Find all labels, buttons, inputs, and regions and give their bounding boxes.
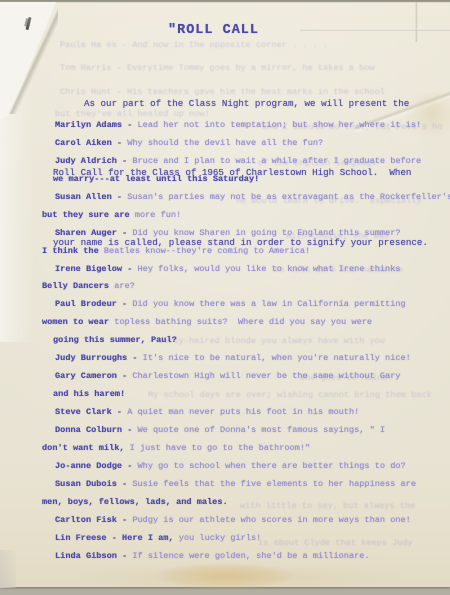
- line-head: Susan Allen -: [55, 192, 127, 202]
- line-head: Linda Gibson -: [55, 551, 132, 561]
- line-tail: Susie feels that the five elements to he…: [132, 479, 416, 489]
- line-tail: I just have to go to the bathroom!": [130, 443, 311, 453]
- line-tail: Susan's parties may not be as extravagan…: [127, 192, 450, 202]
- roll-call-line: Irene Bigelow - Hey folks, would you lik…: [42, 261, 450, 279]
- roll-call-line: Paul Brodeur - Did you know there was a …: [42, 296, 450, 314]
- intro-line: As our part of the Class Night program, …: [53, 92, 428, 115]
- scanned-document-photo: Paula Ha es - And now in the opposite co…: [0, 0, 450, 595]
- line-head: going this summer, Paul?: [53, 335, 177, 345]
- roll-call-line: Judy Aldrich - Bruce and I plan to wait …: [42, 153, 450, 171]
- line-tail: topless bathing suits? Where did you say…: [114, 317, 372, 327]
- line-tail: Charlestown High will never be the same …: [132, 371, 400, 381]
- line-tail: Why go to school when there are better t…: [138, 461, 406, 471]
- line-head: Marilyn Adams -: [55, 120, 138, 130]
- roll-call-line: Linda Gibson - If silence were golden, s…: [42, 548, 450, 566]
- line-head: I think the: [42, 246, 104, 256]
- roll-call-line: Jo-anne Dodge - Why go to school when th…: [42, 458, 450, 476]
- line-head: Belly Dancers: [42, 281, 114, 291]
- line-tail: A quiet man never puts his foot in his m…: [127, 407, 359, 417]
- fold-crease-line: [6, 2, 58, 114]
- line-tail: We quote one of Donna's most famous sayi…: [138, 425, 386, 435]
- roll-call-line: Carlton Fisk - Pudgy is our athlete who …: [42, 512, 450, 530]
- roll-call-line: Donna Colburn - We quote one of Donna's …: [42, 422, 450, 440]
- roll-call-line: Susan Allen - Susan's parties may not be…: [42, 189, 450, 207]
- line-tail: If silence were golden, she'd be a milli…: [132, 551, 369, 561]
- roll-call-line: Susan Dubois - Susie feels that the five…: [42, 476, 450, 494]
- line-head: Judy Burroughs -: [55, 353, 143, 363]
- roll-call-line: Judy Burroughs - It's nice to be natural…: [42, 350, 450, 368]
- bottom-left-curl: [0, 550, 16, 588]
- line-tail: Why should the devil have all the fun?: [127, 138, 323, 148]
- page-title: "ROLL CALL: [168, 23, 259, 38]
- line-tail: Beatles know--they're coming to America!: [104, 246, 310, 256]
- roll-call-line: Sharen Auger - Did you know Sharen in go…: [42, 225, 450, 243]
- line-head: and his harem!: [53, 389, 125, 399]
- roll-call-line: Steve Clark - A quiet man never puts his…: [42, 404, 450, 422]
- line-tail: It's nice to be natural, when you're nat…: [143, 353, 411, 363]
- line-tail: Lead her not into temptation; but show h…: [138, 120, 422, 130]
- line-tail: more fun!: [135, 210, 181, 220]
- crease-horizontal: [300, 28, 450, 31]
- line-head: Irene Bigelow -: [55, 264, 138, 274]
- line-head: Donna Colburn -: [55, 425, 138, 435]
- line-head: Jo-anne Dodge -: [55, 461, 138, 471]
- line-head: Paul Brodeur -: [55, 299, 132, 309]
- roll-call-line: don't want milk, I just have to go to th…: [42, 440, 450, 458]
- line-tail: you lucky girls!: [179, 533, 262, 543]
- paper-top-edge: [0, 0, 450, 3]
- line-head: we marry---at least until this Saturday!: [53, 174, 259, 184]
- line-tail: Pudgy is our athlete who scores in more …: [132, 515, 410, 525]
- roll-call-line: women to wear topless bathing suits? Whe…: [42, 314, 450, 332]
- line-head: Carol Aiken -: [55, 138, 127, 148]
- line-head: but they sure are: [42, 210, 135, 220]
- line-head: Gary Cameron -: [55, 371, 132, 381]
- line-head: Carlton Fisk -: [55, 515, 132, 525]
- bottom-tape-stain: [155, 563, 295, 589]
- line-head: don't want milk,: [42, 443, 130, 453]
- roll-call-line: Carol Aiken - Why should the devil have …: [42, 135, 450, 153]
- roll-call-line: but they sure are more fun!: [42, 207, 450, 225]
- roll-call-line: I think the Beatles know--they're coming…: [42, 243, 450, 261]
- line-head: Steve Clark -: [55, 407, 127, 417]
- line-head: Susan Dubois -: [55, 479, 132, 489]
- line-tail: Did you know there was a law in Californ…: [132, 299, 405, 309]
- roll-call-line: and his harem!: [42, 386, 450, 404]
- line-tail: are?: [114, 281, 135, 291]
- line-head: Sharen Auger -: [55, 228, 132, 238]
- roll-call-line: Gary Cameron - Charlestown High will nev…: [42, 368, 450, 386]
- crease-vertical: [415, 2, 418, 42]
- roll-call-line: Belly Dancers are?: [42, 278, 450, 296]
- roll-call-line: Lin Freese - Here I am, you lucky girls!: [42, 530, 450, 548]
- roll-call-line: Marilyn Adams - Lead her not into tempta…: [42, 117, 450, 135]
- line-head: Lin Freese - Here I am,: [55, 533, 179, 543]
- line-tail: Hey folks, would you like to know what I…: [138, 264, 401, 274]
- line-head: men, boys, fellows, lads, and males.: [42, 497, 228, 507]
- line-head: Judy Aldrich -: [55, 156, 132, 166]
- roll-call-line: we marry---at least until this Saturday!: [42, 171, 450, 189]
- line-head: women to wear: [42, 317, 114, 327]
- roll-call-list: Marilyn Adams - Lead her not into tempta…: [42, 117, 450, 565]
- line-tail: Bruce and I plan to wait a while after I…: [132, 156, 421, 166]
- roll-call-line: going this summer, Paul?: [42, 332, 450, 350]
- roll-call-line: men, boys, fellows, lads, and males.: [42, 494, 450, 512]
- line-tail: Did you know Sharen in going to England …: [132, 228, 400, 238]
